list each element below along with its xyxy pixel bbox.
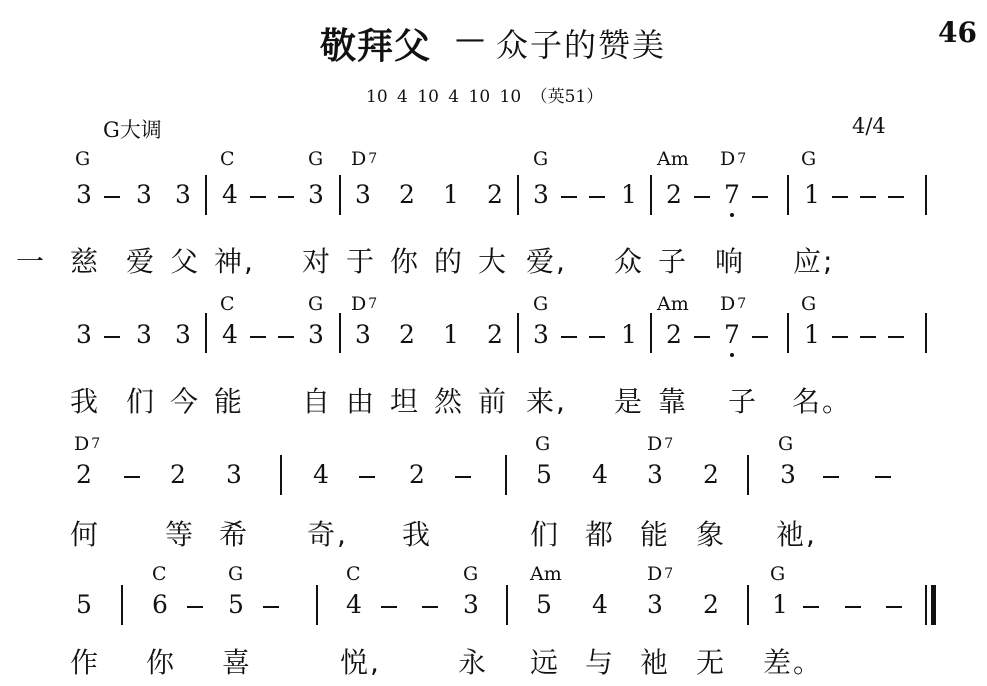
hold-dash [278,336,294,338]
lyric-syllable: 无 [696,641,726,681]
hold-dash [104,196,120,198]
lyric-syllable: 祂 [640,641,670,681]
bar-line [925,175,927,215]
note-digit: 4 [592,460,608,489]
note-digit: 7 [724,180,740,209]
hold-dash [359,476,375,478]
note-digit: 1 [772,590,788,619]
hold-dash [124,476,140,478]
note-digit: 1 [443,180,459,209]
lyric-syllable: 与 [585,641,615,681]
lyric-syllable: 然 [434,380,464,420]
lyric-syllable: 象 [696,513,726,553]
lyric-syllable: 由 [346,380,376,420]
chord-symbol: G [463,563,478,585]
note-digit: 2 [666,180,682,209]
note-digit: 2 [170,460,186,489]
chord-symbol: G [228,563,243,585]
note-digit: 3 [226,460,242,489]
lyric-syllable: 来, [526,380,567,420]
lyric-syllable: 子 [658,240,688,280]
verse-number: 一 [16,240,46,280]
lyric-syllable: 何 [70,513,100,553]
lyric-syllable: 差。 [763,641,823,681]
note-digit: 3 [76,180,92,209]
bar-line [205,313,207,353]
bar-line [506,585,508,625]
note-digit: 5 [536,460,552,489]
lyric-syllable: 爱 [126,240,156,280]
hold-dash [845,606,861,608]
chord-symbol: G [778,433,793,455]
note-digit: 3 [136,180,152,209]
lyric-syllable: 你 [146,641,176,681]
note-digit: 3 [175,180,191,209]
hold-dash [589,336,605,338]
lyric-syllable: 于 [346,240,376,280]
chord-symbol: G [770,563,785,585]
note-digit: 5 [76,590,92,619]
note-digit: 3 [647,590,663,619]
note-digit: 3 [308,320,324,349]
hold-dash [455,476,471,478]
hold-dash [104,336,120,338]
lyric-syllable: 我 [70,380,100,420]
hold-dash [860,336,876,338]
hold-dash [694,196,710,198]
note-digit: 2 [703,460,719,489]
bar-line [747,585,749,625]
lyric-syllable: 能 [214,380,244,420]
note-digit: 2 [399,180,415,209]
note-digit: 2 [487,180,503,209]
chord-symbol: C [220,293,235,315]
chord-symbol: C [220,148,235,170]
chord-symbol: D7 [351,293,377,315]
lyric-syllable: 慈 [70,240,100,280]
hold-dash [187,606,203,608]
bar-line [121,585,123,625]
lyric-syllable: 我 [402,513,432,553]
lyric-syllable: 神, [214,240,255,280]
note-digit: 1 [804,180,820,209]
bar-line [650,175,652,215]
bar-line [505,455,507,495]
hold-dash [422,606,438,608]
lyric-syllable: 应; [793,240,834,280]
chord-symbol: C [152,563,167,585]
lyric-syllable: 名。 [792,380,852,420]
note-digit: 4 [346,590,362,619]
note-digit: 4 [313,460,329,489]
bar-line [747,455,749,495]
chord-symbol: D7 [74,433,100,455]
meter-info: 10 4 10 4 10 10 （英51） [366,82,603,107]
hold-dash [888,196,904,198]
hold-dash [589,196,605,198]
lyric-syllable: 等 [165,513,195,553]
lyric-syllable: 爱, [526,240,567,280]
lyric-syllable: 远 [530,641,560,681]
lyric-syllable: 子 [728,380,758,420]
chord-symbol: G [75,148,90,170]
hold-dash [250,336,266,338]
lyric-syllable: 响 [715,240,745,280]
chord-symbol: C [346,563,361,585]
note-digit: 4 [222,320,238,349]
lyric-syllable: 都 [585,513,615,553]
chord-symbol: G [535,433,550,455]
note-digit: 3 [780,460,796,489]
note-digit: 3 [533,180,549,209]
note-digit: 6 [152,590,168,619]
note-digit: 3 [76,320,92,349]
note-digit: 7 [724,320,740,349]
hold-dash [250,196,266,198]
note-digit: 3 [355,180,371,209]
lyric-syllable: 是 [614,380,644,420]
chord-symbol: G [801,148,816,170]
lyric-syllable: 喜 [222,641,252,681]
hymn-subtitle: 众子的赞美 [496,20,666,66]
lyric-syllable: 永 [458,641,488,681]
chord-symbol: G [533,148,548,170]
bar-line [787,175,789,215]
lyric-syllable: 作 [70,641,100,681]
note-digit: 3 [355,320,371,349]
bar-line [339,313,341,353]
lyric-syllable: 悦, [340,641,381,681]
lyric-syllable: 父 [170,240,200,280]
bar-line [925,585,927,625]
bar-line [280,455,282,495]
note-digit: 3 [308,180,324,209]
note-digit: 5 [536,590,552,619]
final-bar-line [931,585,936,625]
lyric-syllable: 能 [640,513,670,553]
note-digit: 5 [228,590,244,619]
note-digit: 4 [222,180,238,209]
chord-symbol: D7 [720,148,746,170]
lyric-syllable: 对 [302,240,332,280]
lyric-syllable: 今 [170,380,200,420]
chord-symbol: G [308,293,323,315]
note-digit: 3 [136,320,152,349]
time-signature: 4/4 [852,114,886,138]
bar-line [787,313,789,353]
lyric-syllable: 祂, [776,513,817,553]
bar-line [517,313,519,353]
chord-symbol: Am [657,293,689,315]
lyric-syllable: 你 [390,240,420,280]
low-octave-dot [730,353,734,357]
note-digit: 2 [487,320,503,349]
bar-line [650,313,652,353]
hold-dash [823,476,839,478]
chord-symbol: D7 [647,563,673,585]
note-digit: 1 [621,180,637,209]
hold-dash [381,606,397,608]
hold-dash [263,606,279,608]
note-digit: 1 [443,320,459,349]
note-digit: 2 [399,320,415,349]
chord-symbol: Am [657,148,689,170]
note-digit: 3 [533,320,549,349]
hold-dash [752,196,768,198]
lyric-syllable: 靠 [658,380,688,420]
hold-dash [803,606,819,608]
lyric-syllable: 希 [219,513,249,553]
bar-line [517,175,519,215]
chord-symbol: D7 [720,293,746,315]
hymn-title: 敬拜父 [320,18,431,69]
chord-symbol: D7 [351,148,377,170]
lyric-syllable: 的 [434,240,464,280]
lyric-syllable: 们 [530,513,560,553]
lyric-syllable: 前 [478,380,508,420]
hold-dash [278,196,294,198]
chord-symbol: G [308,148,323,170]
chord-symbol: G [533,293,548,315]
lyric-syllable: 自 [302,380,332,420]
key-signature: G大调 [103,114,162,144]
chord-symbol: D7 [647,433,673,455]
hold-dash [832,196,848,198]
hold-dash [832,336,848,338]
note-digit: 3 [175,320,191,349]
hold-dash [886,606,902,608]
title-separator: — [455,22,485,57]
hold-dash [875,476,891,478]
bar-line [339,175,341,215]
lyric-syllable: 奇, [307,513,348,553]
page-number: 46 [938,16,977,49]
hold-dash [561,336,577,338]
note-digit: 1 [621,320,637,349]
lyric-syllable: 们 [126,380,156,420]
lyric-syllable: 众 [614,240,644,280]
note-digit: 1 [804,320,820,349]
note-digit: 2 [76,460,92,489]
hold-dash [561,196,577,198]
note-digit: 2 [666,320,682,349]
low-octave-dot [730,213,734,217]
note-digit: 3 [463,590,479,619]
note-digit: 4 [592,590,608,619]
hold-dash [860,196,876,198]
chord-symbol: G [801,293,816,315]
lyric-syllable: 坦 [390,380,420,420]
hold-dash [888,336,904,338]
lyric-syllable: 大 [478,240,508,280]
hold-dash [752,336,768,338]
bar-line [205,175,207,215]
chord-symbol: Am [530,563,562,585]
note-digit: 2 [409,460,425,489]
hold-dash [694,336,710,338]
bar-line [316,585,318,625]
bar-line [925,313,927,353]
note-digit: 2 [703,590,719,619]
note-digit: 3 [647,460,663,489]
